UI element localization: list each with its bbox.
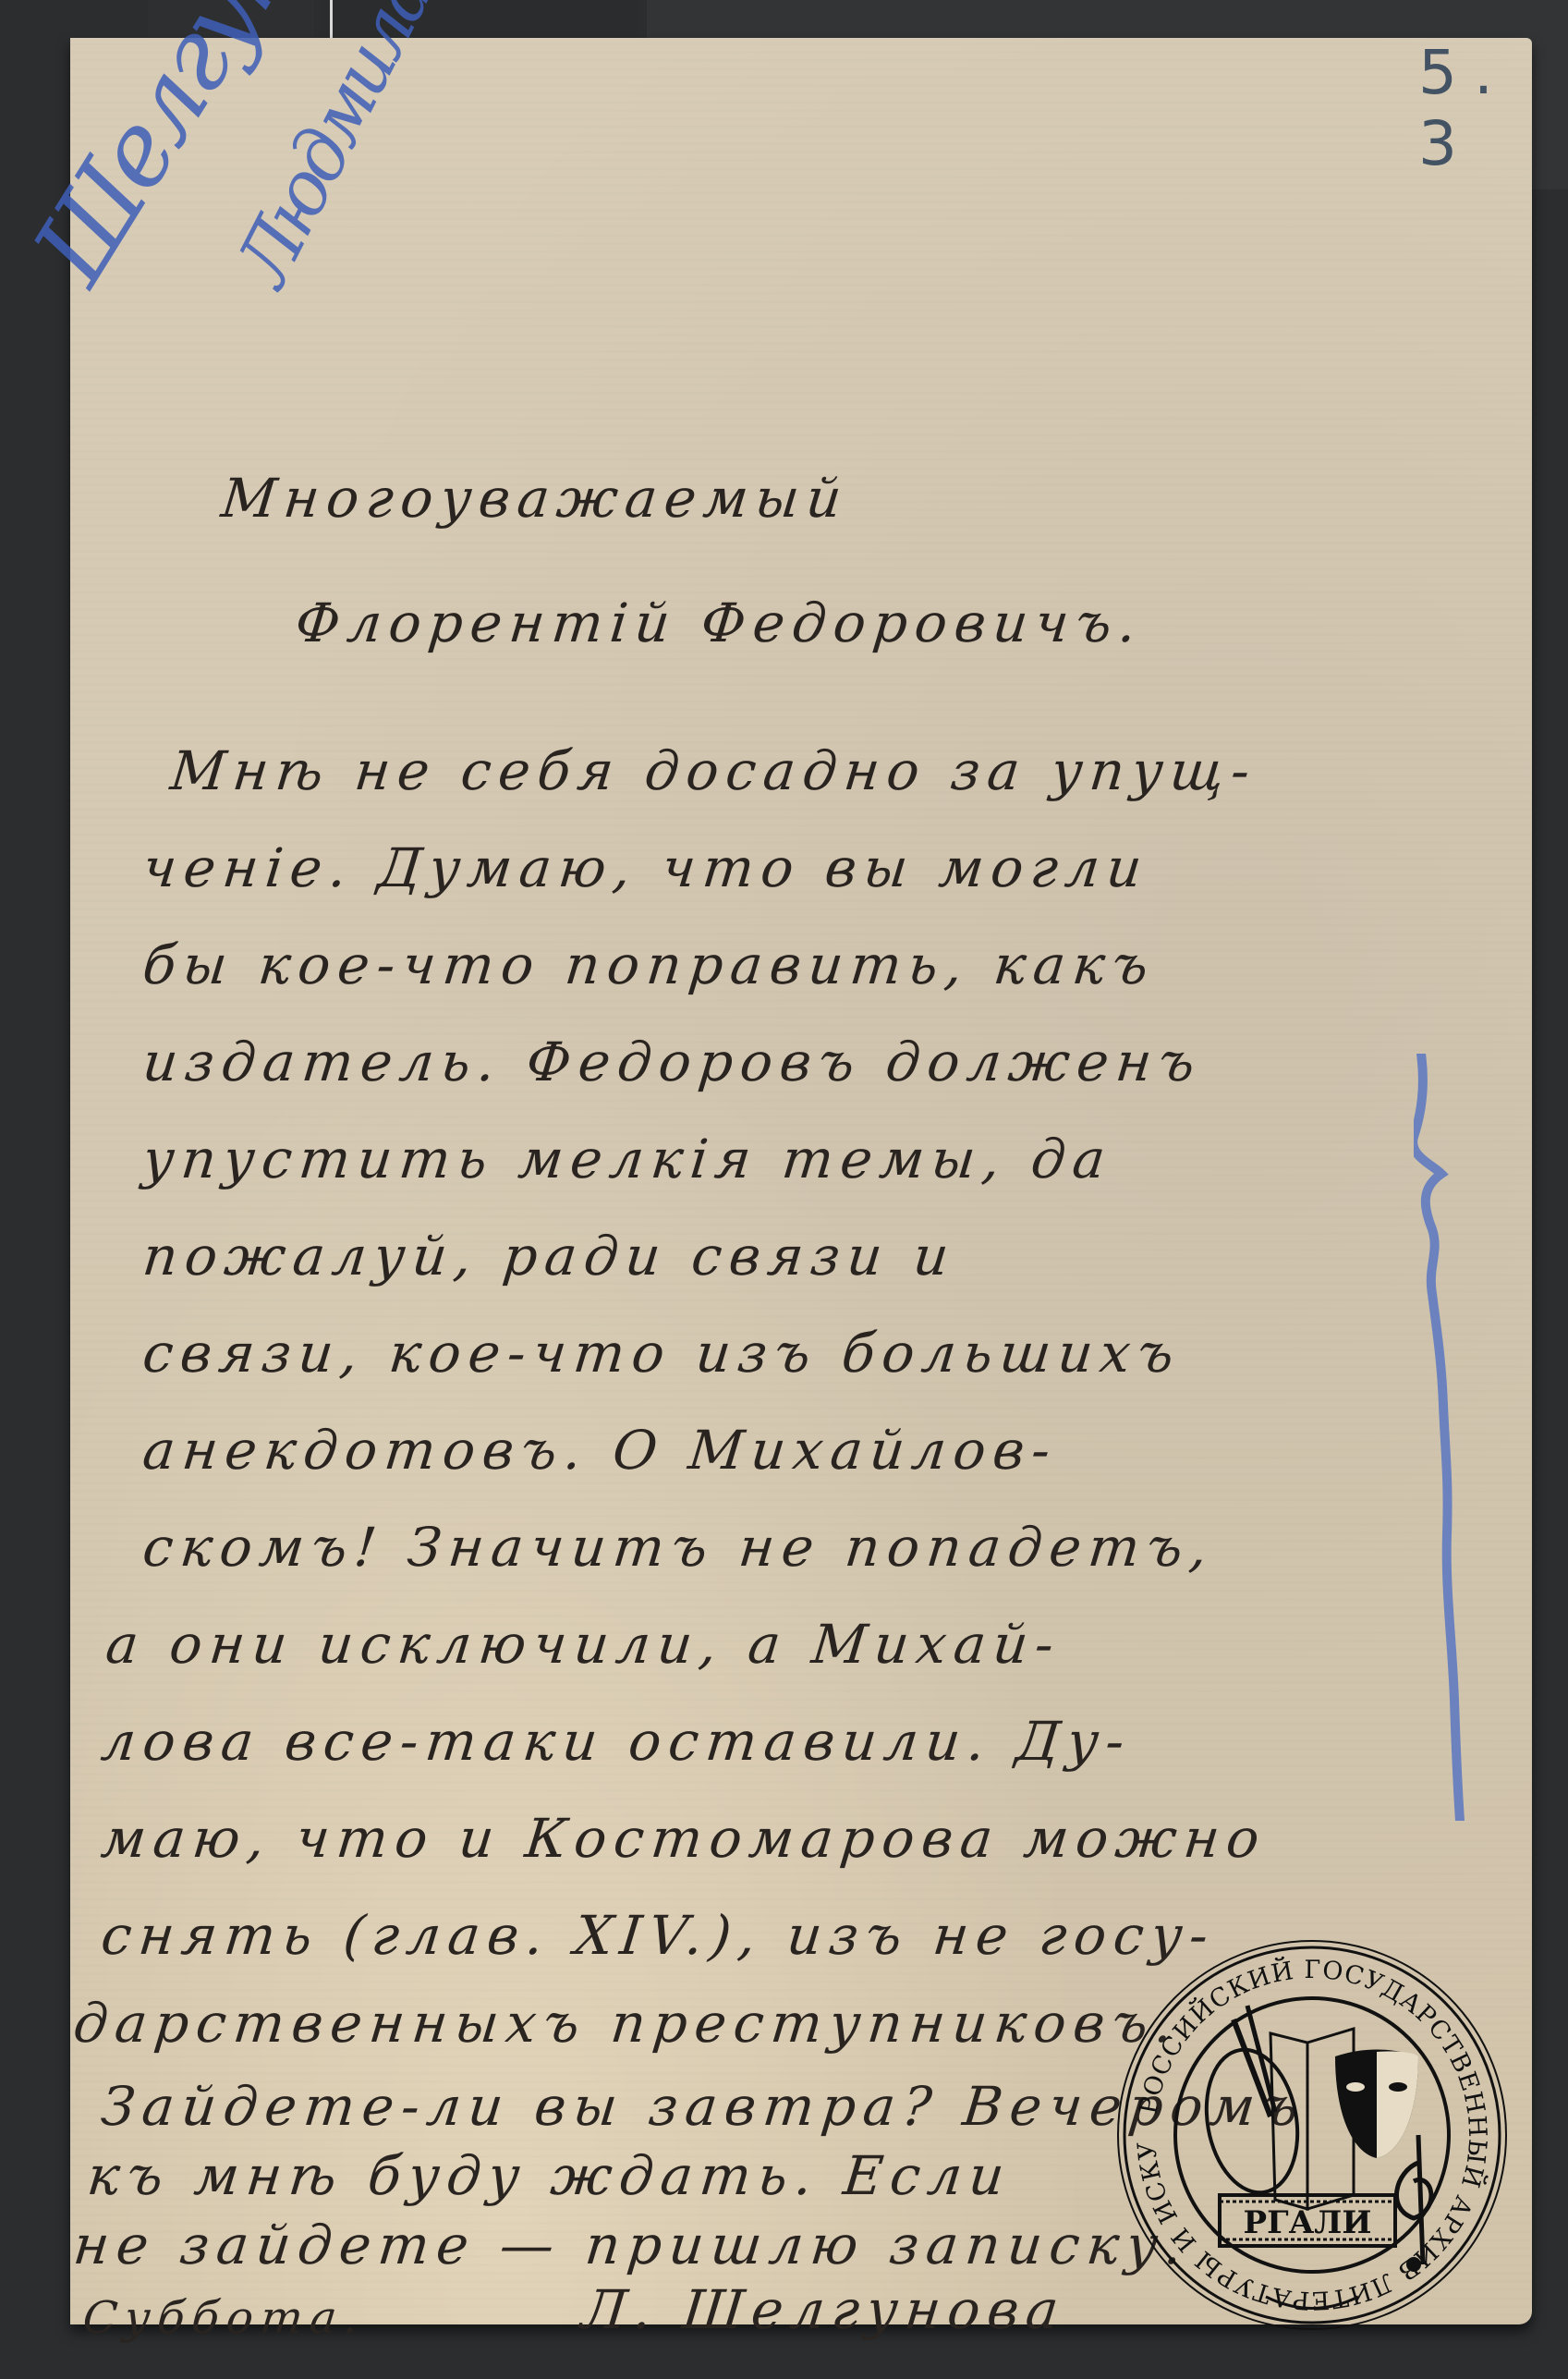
theatre-mask-icon bbox=[1335, 2050, 1418, 2159]
stamp-ring-text: РОССИЙСКИЙ ГОСУДАРСТВЕННЫЙ АРХИВ ЛИТЕРАТ… bbox=[1109, 1932, 1491, 2314]
body-line: лова все-таки оставили. Ду- bbox=[98, 1710, 1135, 1773]
film-strip-icon: РГАЛИ bbox=[1220, 2195, 1395, 2246]
rgali-archive-stamp: РОССИЙСКИЙ ГОСУДАРСТВЕННЫЙ АРХИВ ЛИТЕРАТ… bbox=[1109, 1932, 1515, 2338]
body-line: пожалуй, ради связи и bbox=[140, 1225, 958, 1287]
stamp-abbreviation: РГАЛИ bbox=[1244, 2204, 1372, 2241]
body-line: упустить мелкія темы, да bbox=[140, 1128, 1115, 1190]
salutation-line-1: Многоуважаемый bbox=[218, 467, 851, 530]
salutation-line-2: Флорентій Федоровичъ. bbox=[292, 592, 1147, 654]
body-line: издатель. Федоровъ долженъ bbox=[140, 1031, 1205, 1093]
body-line: а они исключили, а Михай- bbox=[103, 1613, 1064, 1676]
body-line: дарственныхъ преступниковъ. bbox=[70, 1992, 1183, 2055]
footer-day: Суббота. bbox=[80, 2292, 368, 2344]
signature: Л. Шелгунова bbox=[578, 2278, 1068, 2341]
body-line: къ мнѣ буду ждать. Если bbox=[84, 2144, 1014, 2207]
page-number: 5. 3 bbox=[1418, 37, 1568, 179]
body-line: связи, кое-что изъ большихъ bbox=[140, 1322, 1184, 1385]
body-line: ченіе. Думаю, что вы могли bbox=[140, 836, 1151, 899]
body-line: снять (глав. XIV.), изъ не госу- bbox=[98, 1904, 1218, 1967]
palette-icon bbox=[1196, 2006, 1308, 2200]
svg-text:РОССИЙСКИЙ ГОСУДАРСТВЕННЫЙ АРХ: РОССИЙСКИЙ ГОСУДАРСТВЕННЫЙ АРХИВ ЛИТЕРАТ… bbox=[1109, 1932, 1491, 2314]
body-line: скомъ! Значитъ не попадетъ, bbox=[140, 1516, 1217, 1579]
body-line: Мнѣ не себя досадно за упущ- bbox=[167, 739, 1259, 802]
body-line: не зайдете — пришлю записку. bbox=[70, 2214, 1192, 2276]
body-line: бы кое-что поправить, какъ bbox=[140, 933, 1159, 996]
body-line: анекдотовъ. О Михайлов- bbox=[140, 1419, 1060, 1482]
blue-pencil-margin-line bbox=[1414, 1054, 1469, 1821]
body-line: маю, что и Костомарова можно bbox=[98, 1807, 1270, 1870]
